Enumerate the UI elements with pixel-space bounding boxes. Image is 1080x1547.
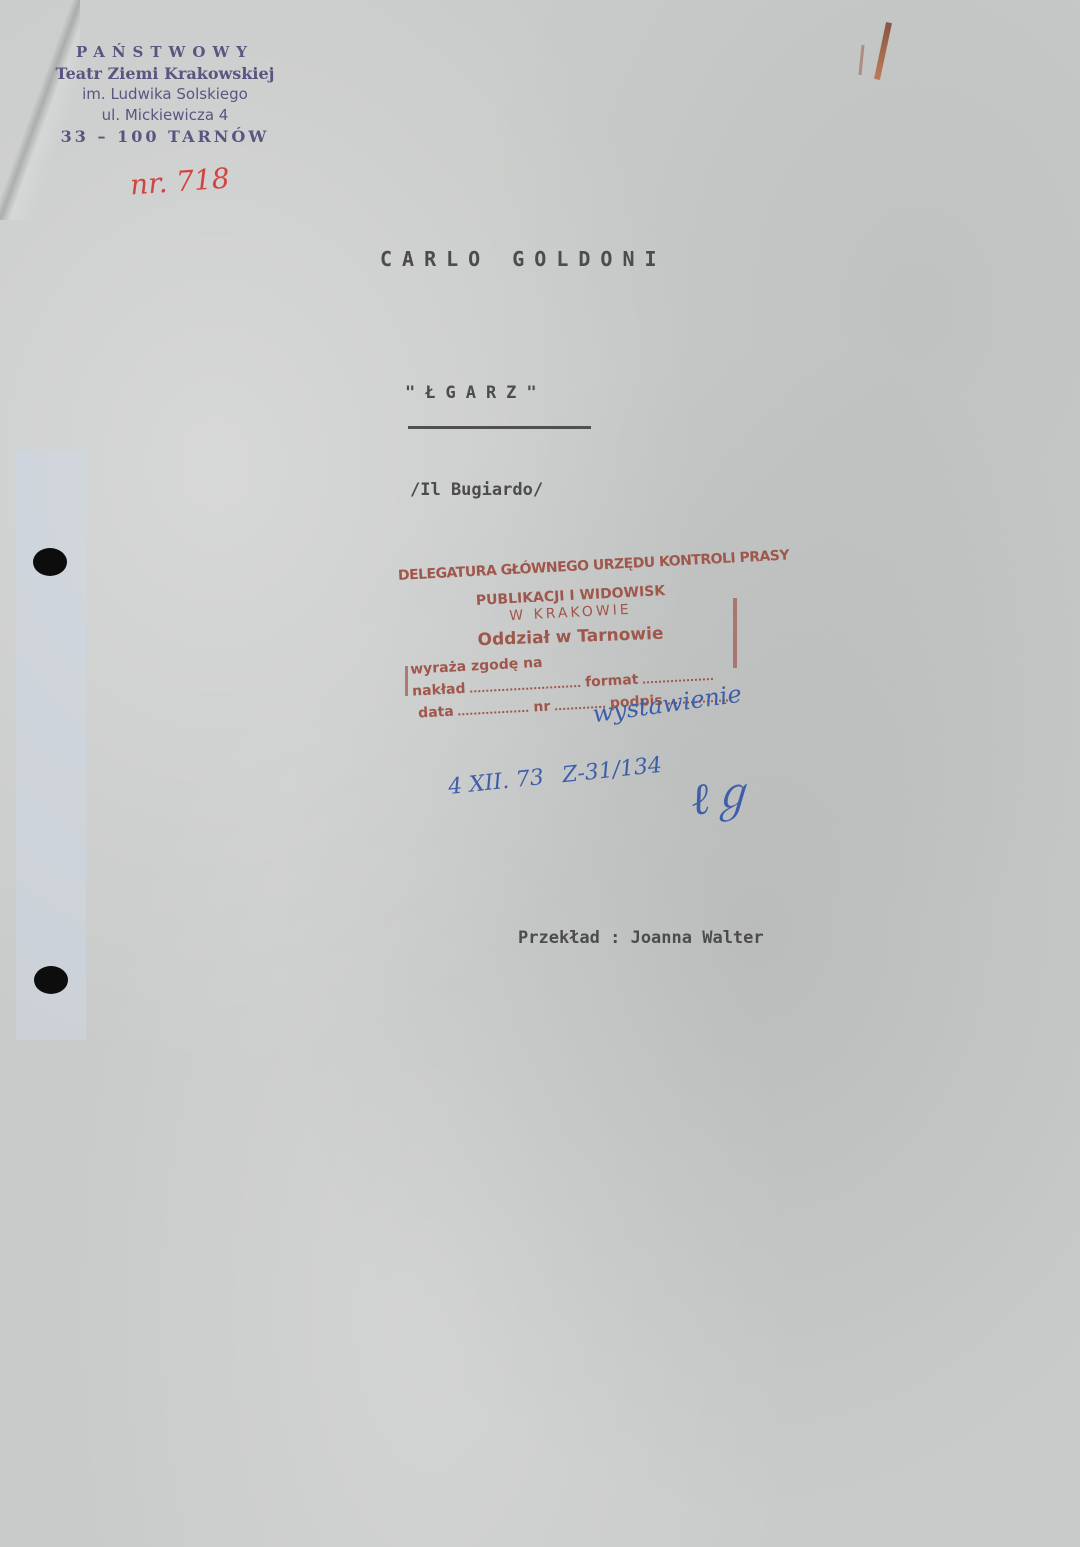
binding-strip — [16, 450, 86, 1040]
stamp-line: im. Ludwika Solskiego — [40, 84, 290, 105]
pencil-mark — [874, 22, 892, 80]
handwritten-number: nr. 718 — [129, 162, 231, 202]
punch-hole-icon — [34, 966, 68, 994]
punch-hole-icon — [33, 548, 67, 576]
stamp-line: 33 – 100 TARNÓW — [40, 126, 290, 147]
title-underline — [408, 426, 591, 429]
pencil-mark — [858, 45, 864, 75]
format-label: format — [585, 672, 639, 691]
signature: ℓℊ — [686, 756, 757, 828]
handwritten-nr: Z-31/134 — [561, 753, 663, 788]
original-title: /Il Bugiardo/ — [410, 480, 543, 500]
translator-line: Przekład : Joanna Walter — [518, 928, 764, 948]
document-page: PAŃSTWOWY Teatr Ziemi Krakowskiej im. Lu… — [0, 0, 1080, 1547]
stamp-line: DELEGATURA GŁÓWNEGO URZĘDU KONTROLI PRAS… — [398, 550, 743, 584]
date-label: data — [418, 704, 454, 722]
author: CARLO GOLDONI — [380, 247, 667, 271]
stamp-line: PAŃSTWOWY — [40, 42, 290, 63]
nr-label: nr — [533, 699, 551, 716]
consent-label: wyraża zgodę na — [410, 655, 543, 678]
naklad-label: nakład — [412, 681, 466, 700]
stamp-line: ul. Mickiewicza 4 — [40, 105, 290, 126]
play-title: "ŁGARZ" — [405, 383, 547, 403]
theatre-stamp: PAŃSTWOWY Teatr Ziemi Krakowskiej im. Lu… — [40, 42, 290, 147]
handwritten-date: 4 XII. 73 — [447, 765, 545, 800]
stamp-line: Teatr Ziemi Krakowskiej — [40, 63, 290, 84]
